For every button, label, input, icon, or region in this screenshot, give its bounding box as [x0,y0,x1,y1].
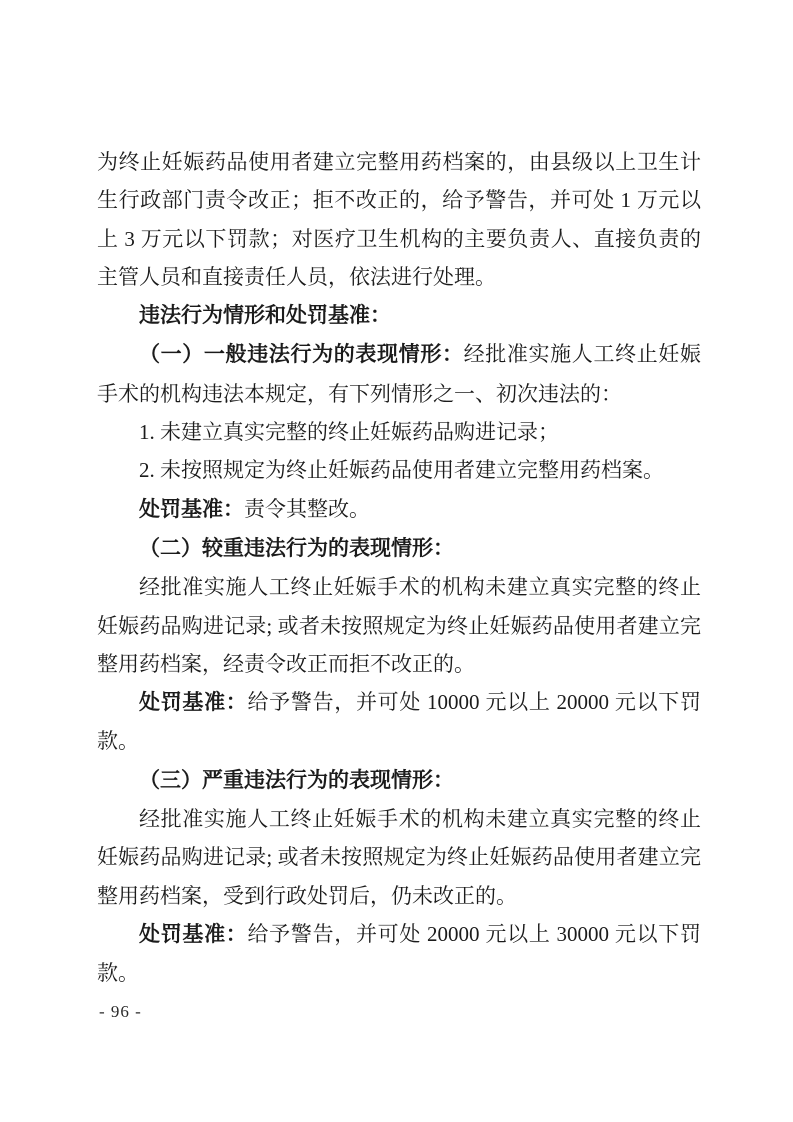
page-number: - 96 - [99,1000,142,1024]
paragraph-text: 经批准实施人工终止妊娠手术的机构未建立真实完整的终止妊娠药品购进记录; 或者未按… [97,807,701,908]
paragraph: 经批准实施人工终止妊娠手术的机构未建立真实完整的终止妊娠药品购进记录; 或者未按… [97,568,701,683]
paragraph: （一）一般违法行为的表现情形：经批准实施人工终止妊娠手术的机构违法本规定，有下列… [97,335,701,413]
paragraph-lead: 违法行为情形和处罚基准： [139,304,391,327]
paragraph-text: 为终止妊娠药品使用者建立完整用药档案的，由县级以上卫生计生行政部门责令改正；拒不… [97,150,701,289]
paragraph: 违法行为情形和处罚基准： [97,296,701,335]
paragraph-text: 1. 未建立真实完整的终止妊娠药品购进记录； [139,420,559,444]
paragraph: （二）较重违法行为的表现情形： [97,529,701,568]
paragraph-lead: （二）较重违法行为的表现情形： [139,537,454,560]
paragraph-lead: （一）一般违法行为的表现情形： [139,343,464,366]
paragraph: 2. 未按照规定为终止妊娠药品使用者建立完整用药档案。 [97,451,701,489]
paragraph: 处罚基准：给予警告，并可处 20000 元以上 30000 元以下罚款。 [97,915,701,993]
document-body: 为终止妊娠药品使用者建立完整用药档案的，由县级以上卫生计生行政部门责令改正；拒不… [97,143,701,993]
paragraph: （三）严重违法行为的表现情形： [97,761,701,800]
paragraph-lead: （三）严重违法行为的表现情形： [139,769,454,792]
paragraph-text: 经批准实施人工终止妊娠手术的机构未建立真实完整的终止妊娠药品购进记录; 或者未按… [97,575,701,676]
paragraph: 为终止妊娠药品使用者建立完整用药档案的，由县级以上卫生计生行政部门责令改正；拒不… [97,143,701,296]
paragraph-text: 2. 未按照规定为终止妊娠药品使用者建立完整用药档案。 [139,458,664,482]
paragraph-lead: 处罚基准： [139,923,247,946]
paragraph: 处罚基准：给予警告，并可处 10000 元以上 20000 元以下罚款。 [97,683,701,761]
paragraph-lead: 处罚基准： [139,498,244,521]
paragraph-text: 责令其整改。 [244,497,370,521]
document-page: 为终止妊娠药品使用者建立完整用药档案的，由县级以上卫生计生行政部门责令改正；拒不… [0,0,793,1122]
paragraph: 经批准实施人工终止妊娠手术的机构未建立真实完整的终止妊娠药品购进记录; 或者未按… [97,800,701,915]
paragraph: 1. 未建立真实完整的终止妊娠药品购进记录； [97,413,701,451]
paragraph-lead: 处罚基准： [139,691,247,714]
paragraph: 处罚基准：责令其整改。 [97,490,701,529]
